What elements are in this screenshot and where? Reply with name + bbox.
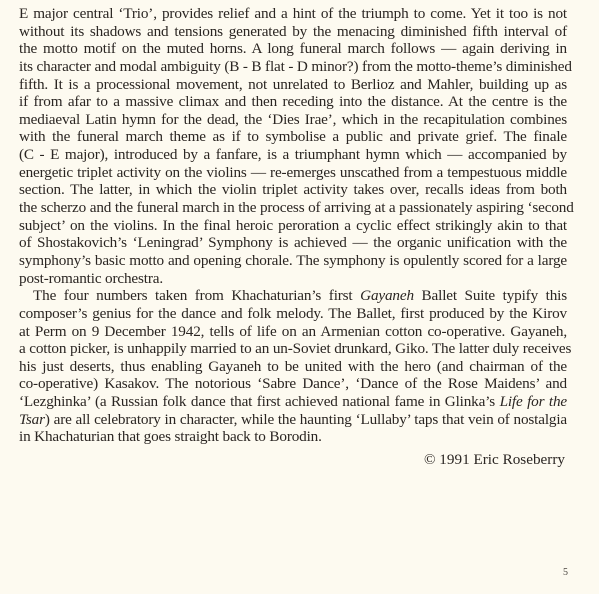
text-line: at Perm on 9 December 1942, tells of lif…: [19, 323, 567, 341]
text-line: if from afar to a massive climax and the…: [19, 93, 567, 111]
text-line: with the funeral march theme as if to sy…: [19, 128, 567, 146]
document-body: E major central ‘Trio’, provides relief …: [19, 5, 567, 469]
text-line: ‘Lezghinka’ (a Russian folk dance that f…: [19, 393, 567, 411]
text-line: the scherzo and the funeral march in the…: [19, 199, 567, 217]
text-line: section. The latter, in which the violin…: [19, 181, 567, 199]
text-line: subject’ on the violins. In the final he…: [19, 217, 567, 235]
text-line: its character and modal ambiguity (B - B…: [19, 58, 567, 76]
text-segment: The four numbers taken from Khachaturian…: [33, 287, 360, 304]
text-segment: Ballet Suite typify this: [414, 287, 567, 304]
title-gayaneh: Gayaneh: [360, 287, 414, 304]
text-line: in Khachaturian that goes straight back …: [19, 428, 567, 446]
text-line: a cotton picker, is unhappily married to…: [19, 340, 567, 358]
text-line: mediaeval Latin hymn for the dead, the ‘…: [19, 111, 567, 129]
text-line: post-romantic orchestra.: [19, 270, 567, 288]
text-line: (C - E major), introduced by a fanfare, …: [19, 146, 567, 164]
paragraph-gayaneh: The four numbers taken from Khachaturian…: [19, 287, 567, 446]
text-segment: ‘Lezghinka’ (a Russian folk dance that f…: [19, 393, 500, 410]
text-line: E major central ‘Trio’, provides relief …: [19, 5, 567, 23]
text-line: fifth. It is a processional movement, no…: [19, 76, 567, 94]
copyright-signature: © 1991 Eric Roseberry: [19, 451, 567, 469]
text-line: The four numbers taken from Khachaturian…: [19, 287, 567, 305]
text-line: the motto motif on the muted horns. A lo…: [19, 40, 567, 58]
text-line: of Shostakovich’s ‘Leningrad’ Symphony i…: [19, 234, 567, 252]
text-line: symphony’s basic motto and opening chora…: [19, 252, 567, 270]
page-number: 5: [563, 567, 568, 578]
text-line: composer’s genius for the dance and folk…: [19, 305, 567, 323]
title-life-for-the-tsar: Life for the: [500, 393, 567, 410]
text-line: Tsar) are all celebratory in character, …: [19, 411, 567, 429]
text-line: co-operative) Kasakov. The notorious ‘Sa…: [19, 375, 567, 393]
title-life-for-the-tsar-cont: Tsar: [19, 411, 45, 428]
paragraph-symphony-analysis: E major central ‘Trio’, provides relief …: [19, 5, 567, 287]
text-line: without its shadows and tensions generat…: [19, 23, 567, 41]
text-line: his just deserts, thus enabling Gayaneh …: [19, 358, 567, 376]
text-line: energetic triplet activity on the violin…: [19, 164, 567, 182]
text-segment: ) are all celebratory in character, whil…: [45, 411, 567, 428]
